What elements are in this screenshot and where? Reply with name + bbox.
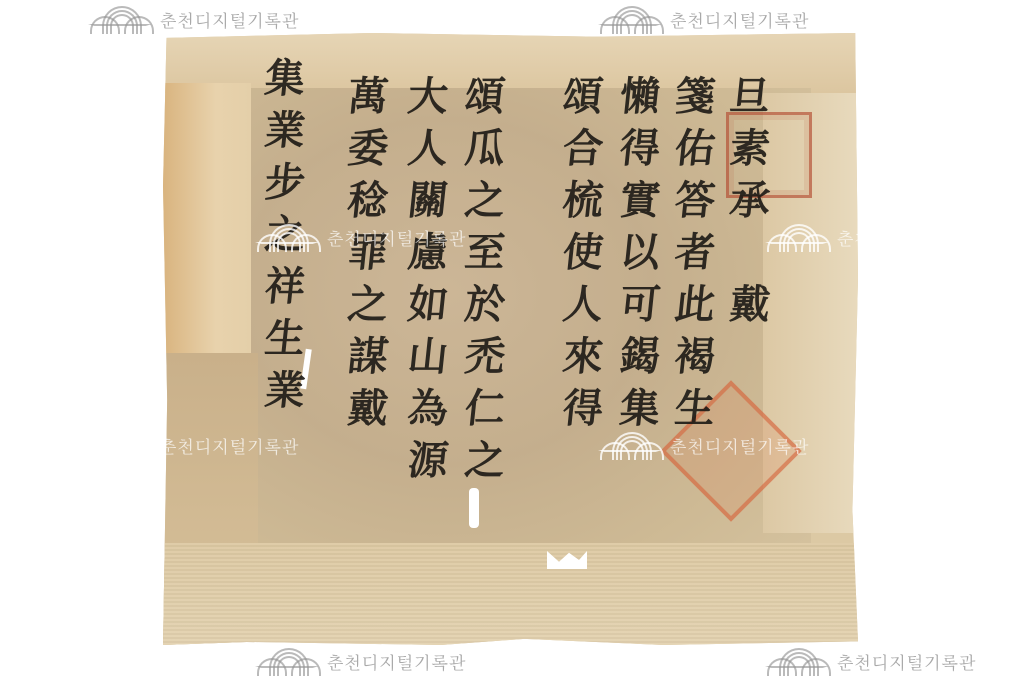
archive-watermark: 춘천디지털기록관 xyxy=(598,4,809,34)
calligraphy-character: 鍻 xyxy=(617,331,662,383)
calligraphy-character: 業 xyxy=(262,365,307,417)
calligraphy-character: 旦 xyxy=(727,71,772,123)
calligraphy-character: 至 xyxy=(462,227,507,279)
calligraphy-character: 人 xyxy=(560,279,605,331)
calligraphy-character: 戴 xyxy=(727,279,772,331)
text-column: 頌瓜之至於 禿 仁之 xyxy=(463,71,507,487)
calligraphy-character: 頌 xyxy=(560,71,605,123)
calligraphy-character: 之 xyxy=(462,435,507,487)
calligraphy-character: 謀 xyxy=(345,331,390,383)
calligraphy-character: 懶 xyxy=(617,71,662,123)
calligraphy-character: 集 xyxy=(262,53,307,105)
calligraphy-character: 步 xyxy=(262,157,307,209)
calligraphy-character: 得 xyxy=(560,383,605,435)
calligraphy-character: 以 xyxy=(617,227,662,279)
calligraphy-character: 仁 xyxy=(462,383,507,435)
calligraphy-character: 萬 xyxy=(345,71,390,123)
calligraphy-character: 為 xyxy=(405,383,450,435)
paper-tear xyxy=(469,488,479,528)
calligraphy-character: 生 xyxy=(672,383,717,435)
calligraphy-character: 梳 xyxy=(560,175,605,227)
calligraphy-character: 此 xyxy=(672,279,717,331)
calligraphy-character: 源 xyxy=(405,435,450,487)
archive-logo-icon xyxy=(88,4,152,34)
calligraphy-character: 人 xyxy=(405,123,450,175)
calligraphy-character: 實 xyxy=(617,175,662,227)
calligraphy-character: 山 xyxy=(405,331,450,383)
cloth-backing-texture xyxy=(163,543,858,645)
calligraphy-character: 業 xyxy=(262,105,307,157)
calligraphy-character: 答 xyxy=(672,175,717,227)
calligraphy-character: 於 xyxy=(462,279,507,331)
watermark-text: 춘천디지털기록관 xyxy=(837,649,976,674)
calligraphy-character: 瓜 xyxy=(462,123,507,175)
calligraphy-character: 得 xyxy=(617,123,662,175)
calligraphy-character: 來 xyxy=(560,331,605,383)
calligraphy-character: 可 xyxy=(617,279,662,331)
text-column: 萬委稔罪之 謀 戴 xyxy=(346,71,390,435)
calligraphy-character: 集 xyxy=(617,383,662,435)
watermark-text: 춘천디지털기록관 xyxy=(327,649,466,674)
text-column: 懶得實以可 鍻 集 xyxy=(618,71,662,435)
text-column: 箋佑答者此 褐 生 xyxy=(673,71,717,435)
calligraphy-character: 合 xyxy=(560,123,605,175)
text-column: 頌合梳使人 來 得 xyxy=(561,71,605,435)
archive-logo-icon xyxy=(765,646,829,676)
calligraphy-character: 慮 xyxy=(405,227,450,279)
calligraphy-character: 承 xyxy=(727,175,772,227)
watermark-text: 춘천디지털기록관 xyxy=(837,225,976,250)
calligraphy-character: 禿 xyxy=(462,331,507,383)
calligraphy-character: 𦼮 xyxy=(747,227,752,279)
calligraphy-character: 素 xyxy=(727,123,772,175)
calligraphy-character: 生 xyxy=(262,313,307,365)
archive-watermark: 춘천디지털기록관 xyxy=(765,646,976,676)
calligraphy-character: 佑 xyxy=(672,123,717,175)
calligraphy-character: 委 xyxy=(345,123,390,175)
text-column: 集業步之祥 生 業 xyxy=(263,53,307,417)
calligraphy-character: 者 xyxy=(672,227,717,279)
archive-watermark: 춘천디지털기록관 xyxy=(88,4,299,34)
calligraphy-character: 祥 xyxy=(262,261,307,313)
calligraphy-character: 罪 xyxy=(345,227,390,279)
calligraphy-character: 稔 xyxy=(345,175,390,227)
calligraphy-character: 如 xyxy=(405,279,450,331)
calligraphy-character: 褐 xyxy=(672,331,717,383)
calligraphy-character: 使 xyxy=(560,227,605,279)
archive-watermark: 춘천디지털기록관 xyxy=(255,646,466,676)
calligraphy-character: 關 xyxy=(405,175,450,227)
calligraphy-character: 大 xyxy=(405,71,450,123)
watermark-text: 춘천디지털기록관 xyxy=(160,7,299,32)
calligraphy-character: 之 xyxy=(345,279,390,331)
watermark-text: 춘천디지털기록관 xyxy=(670,7,809,32)
archive-logo-icon xyxy=(598,4,662,34)
paper-left-stain xyxy=(163,83,251,353)
text-column: 旦素承𦼮 戴 xyxy=(728,71,772,331)
calligraphy-character: 頌 xyxy=(462,71,507,123)
calligraphy-character: 之 xyxy=(462,175,507,227)
calligraphy-character: 戴 xyxy=(345,383,390,435)
archive-logo-icon xyxy=(255,646,319,676)
archive-logo-icon xyxy=(88,430,152,460)
text-column: 大人關慮如 山 為源 xyxy=(406,71,450,487)
calligraphy-character: 箋 xyxy=(672,71,717,123)
document-photo: 旦素承𦼮 戴箋佑答者此 褐 生懶得實以可 鍻 集頌合梳使人 來 得頌瓜之至於 禿… xyxy=(163,33,858,645)
calligraphy-character: 之 xyxy=(262,209,307,261)
